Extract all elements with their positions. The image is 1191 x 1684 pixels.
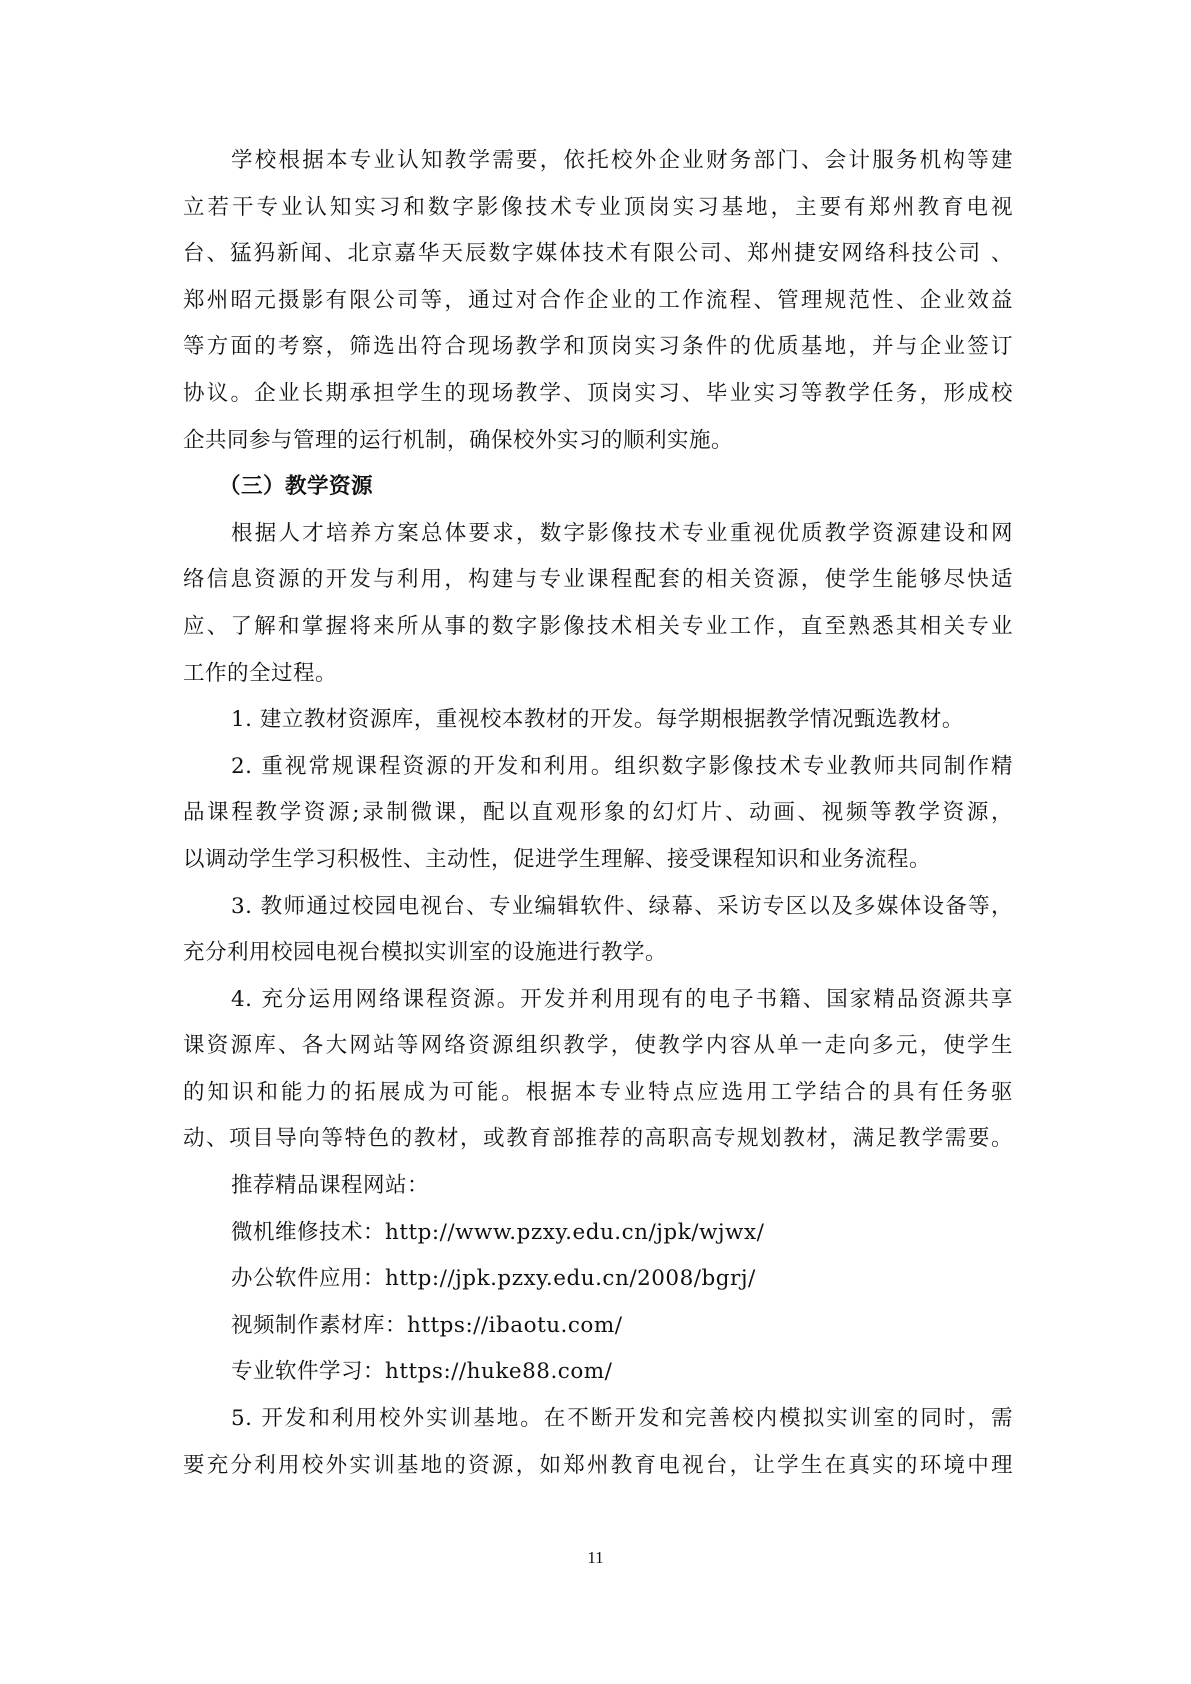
site-url[interactable]: https://huke88.com/ — [385, 1359, 612, 1384]
site-label: 微机维修技术： — [231, 1220, 385, 1245]
list-item-4: 4. 充分运用网络课程资源。开发并利用现有的电子书籍、国家精品资源共享 — [183, 977, 1013, 1024]
paragraph-line: 的知识和能力的拓展成为可能。根据本专业特点应选用工学结合的具有任务驱 — [183, 1070, 1013, 1117]
paragraph-line: 郑州昭元摄影有限公司等，通过对合作企业的工作流程、管理规范性、企业效益 — [183, 278, 1013, 325]
site-label: 专业软件学习： — [231, 1359, 385, 1384]
paragraph-line: 学校根据本专业认知教学需要，依托校外企业财务部门、会计服务机构等建 — [183, 138, 1013, 185]
site-link-row: 微机维修技术：http://www.pzxy.edu.cn/jpk/wjwx/ — [183, 1210, 1013, 1257]
site-label: 办公软件应用： — [231, 1266, 385, 1291]
section-heading: （三）教学资源 — [183, 464, 1013, 511]
paragraph-line: 动、项目导向等特色的教材，或教育部推荐的高职高专规划教材，满足教学需要。 — [183, 1116, 1013, 1163]
paragraph-line: 企共同参与管理的运行机制，确保校外实习的顺利实施。 — [183, 418, 1013, 465]
page-number: 11 — [0, 1548, 1191, 1568]
paragraph-line: 根据人才培养方案总体要求，数字影像技术专业重视优质教学资源建设和网 — [183, 511, 1013, 558]
paragraph-line: 络信息资源的开发与利用，构建与专业课程配套的相关资源，使学生能够尽快适 — [183, 557, 1013, 604]
site-url[interactable]: http://jpk.pzxy.edu.cn/2008/bgrj/ — [385, 1266, 756, 1291]
site-url[interactable]: https://ibaotu.com/ — [407, 1313, 623, 1338]
list-item-3: 3. 教师通过校园电视台、专业编辑软件、绿幕、采访专区以及多媒体设备等， — [183, 884, 1013, 931]
document-page: 学校根据本专业认知教学需要，依托校外企业财务部门、会计服务机构等建 立若干专业认… — [183, 138, 1013, 1489]
list-item-1: 1. 建立教材资源库，重视校本教材的开发。每学期根据教学情况甄选教材。 — [183, 697, 1013, 744]
site-url[interactable]: http://www.pzxy.edu.cn/jpk/wjwx/ — [385, 1220, 764, 1245]
list-item-2: 2. 重视常规课程资源的开发和利用。组织数字影像技术专业教师共同制作精 — [183, 744, 1013, 791]
paragraph-line: 品课程教学资源;录制微课，配以直观形象的幻灯片、动画、视频等教学资源， — [183, 790, 1013, 837]
paragraph-line: 课资源库、各大网站等网络资源组织教学，使教学内容从单一走向多元，使学生 — [183, 1023, 1013, 1070]
site-link-row: 办公软件应用：http://jpk.pzxy.edu.cn/2008/bgrj/ — [183, 1256, 1013, 1303]
site-link-row: 视频制作素材库：https://ibaotu.com/ — [183, 1303, 1013, 1350]
paragraph-line: 台、猛犸新闻、北京嘉华天辰数字媒体技术有限公司、郑州捷安网络科技公司 、 — [183, 231, 1013, 278]
paragraph-line: 协议。企业长期承担学生的现场教学、顶岗实习、毕业实习等教学任务，形成校 — [183, 371, 1013, 418]
paragraph-line: 等方面的考察，筛选出符合现场教学和顶岗实习条件的优质基地，并与企业签订 — [183, 324, 1013, 371]
paragraph-line: 应、了解和掌握将来所从事的数字影像技术相关专业工作，直至熟悉其相关专业 — [183, 604, 1013, 651]
paragraph-line: 以调动学生学习积极性、主动性，促进学生理解、接受课程知识和业务流程。 — [183, 837, 1013, 884]
recommended-sites-label: 推荐精品课程网站： — [183, 1163, 1013, 1210]
paragraph-line: 要充分利用校外实训基地的资源，如郑州教育电视台，让学生在真实的环境中理 — [183, 1443, 1013, 1490]
paragraph-line: 立若干专业认知实习和数字影像技术专业顶岗实习基地，主要有郑州教育电视 — [183, 185, 1013, 232]
list-item-5: 5. 开发和利用校外实训基地。在不断开发和完善校内模拟实训室的同时，需 — [183, 1396, 1013, 1443]
site-label: 视频制作素材库： — [231, 1313, 407, 1338]
paragraph-line: 工作的全过程。 — [183, 651, 1013, 698]
site-link-row: 专业软件学习：https://huke88.com/ — [183, 1349, 1013, 1396]
paragraph-line: 充分利用校园电视台模拟实训室的设施进行教学。 — [183, 930, 1013, 977]
